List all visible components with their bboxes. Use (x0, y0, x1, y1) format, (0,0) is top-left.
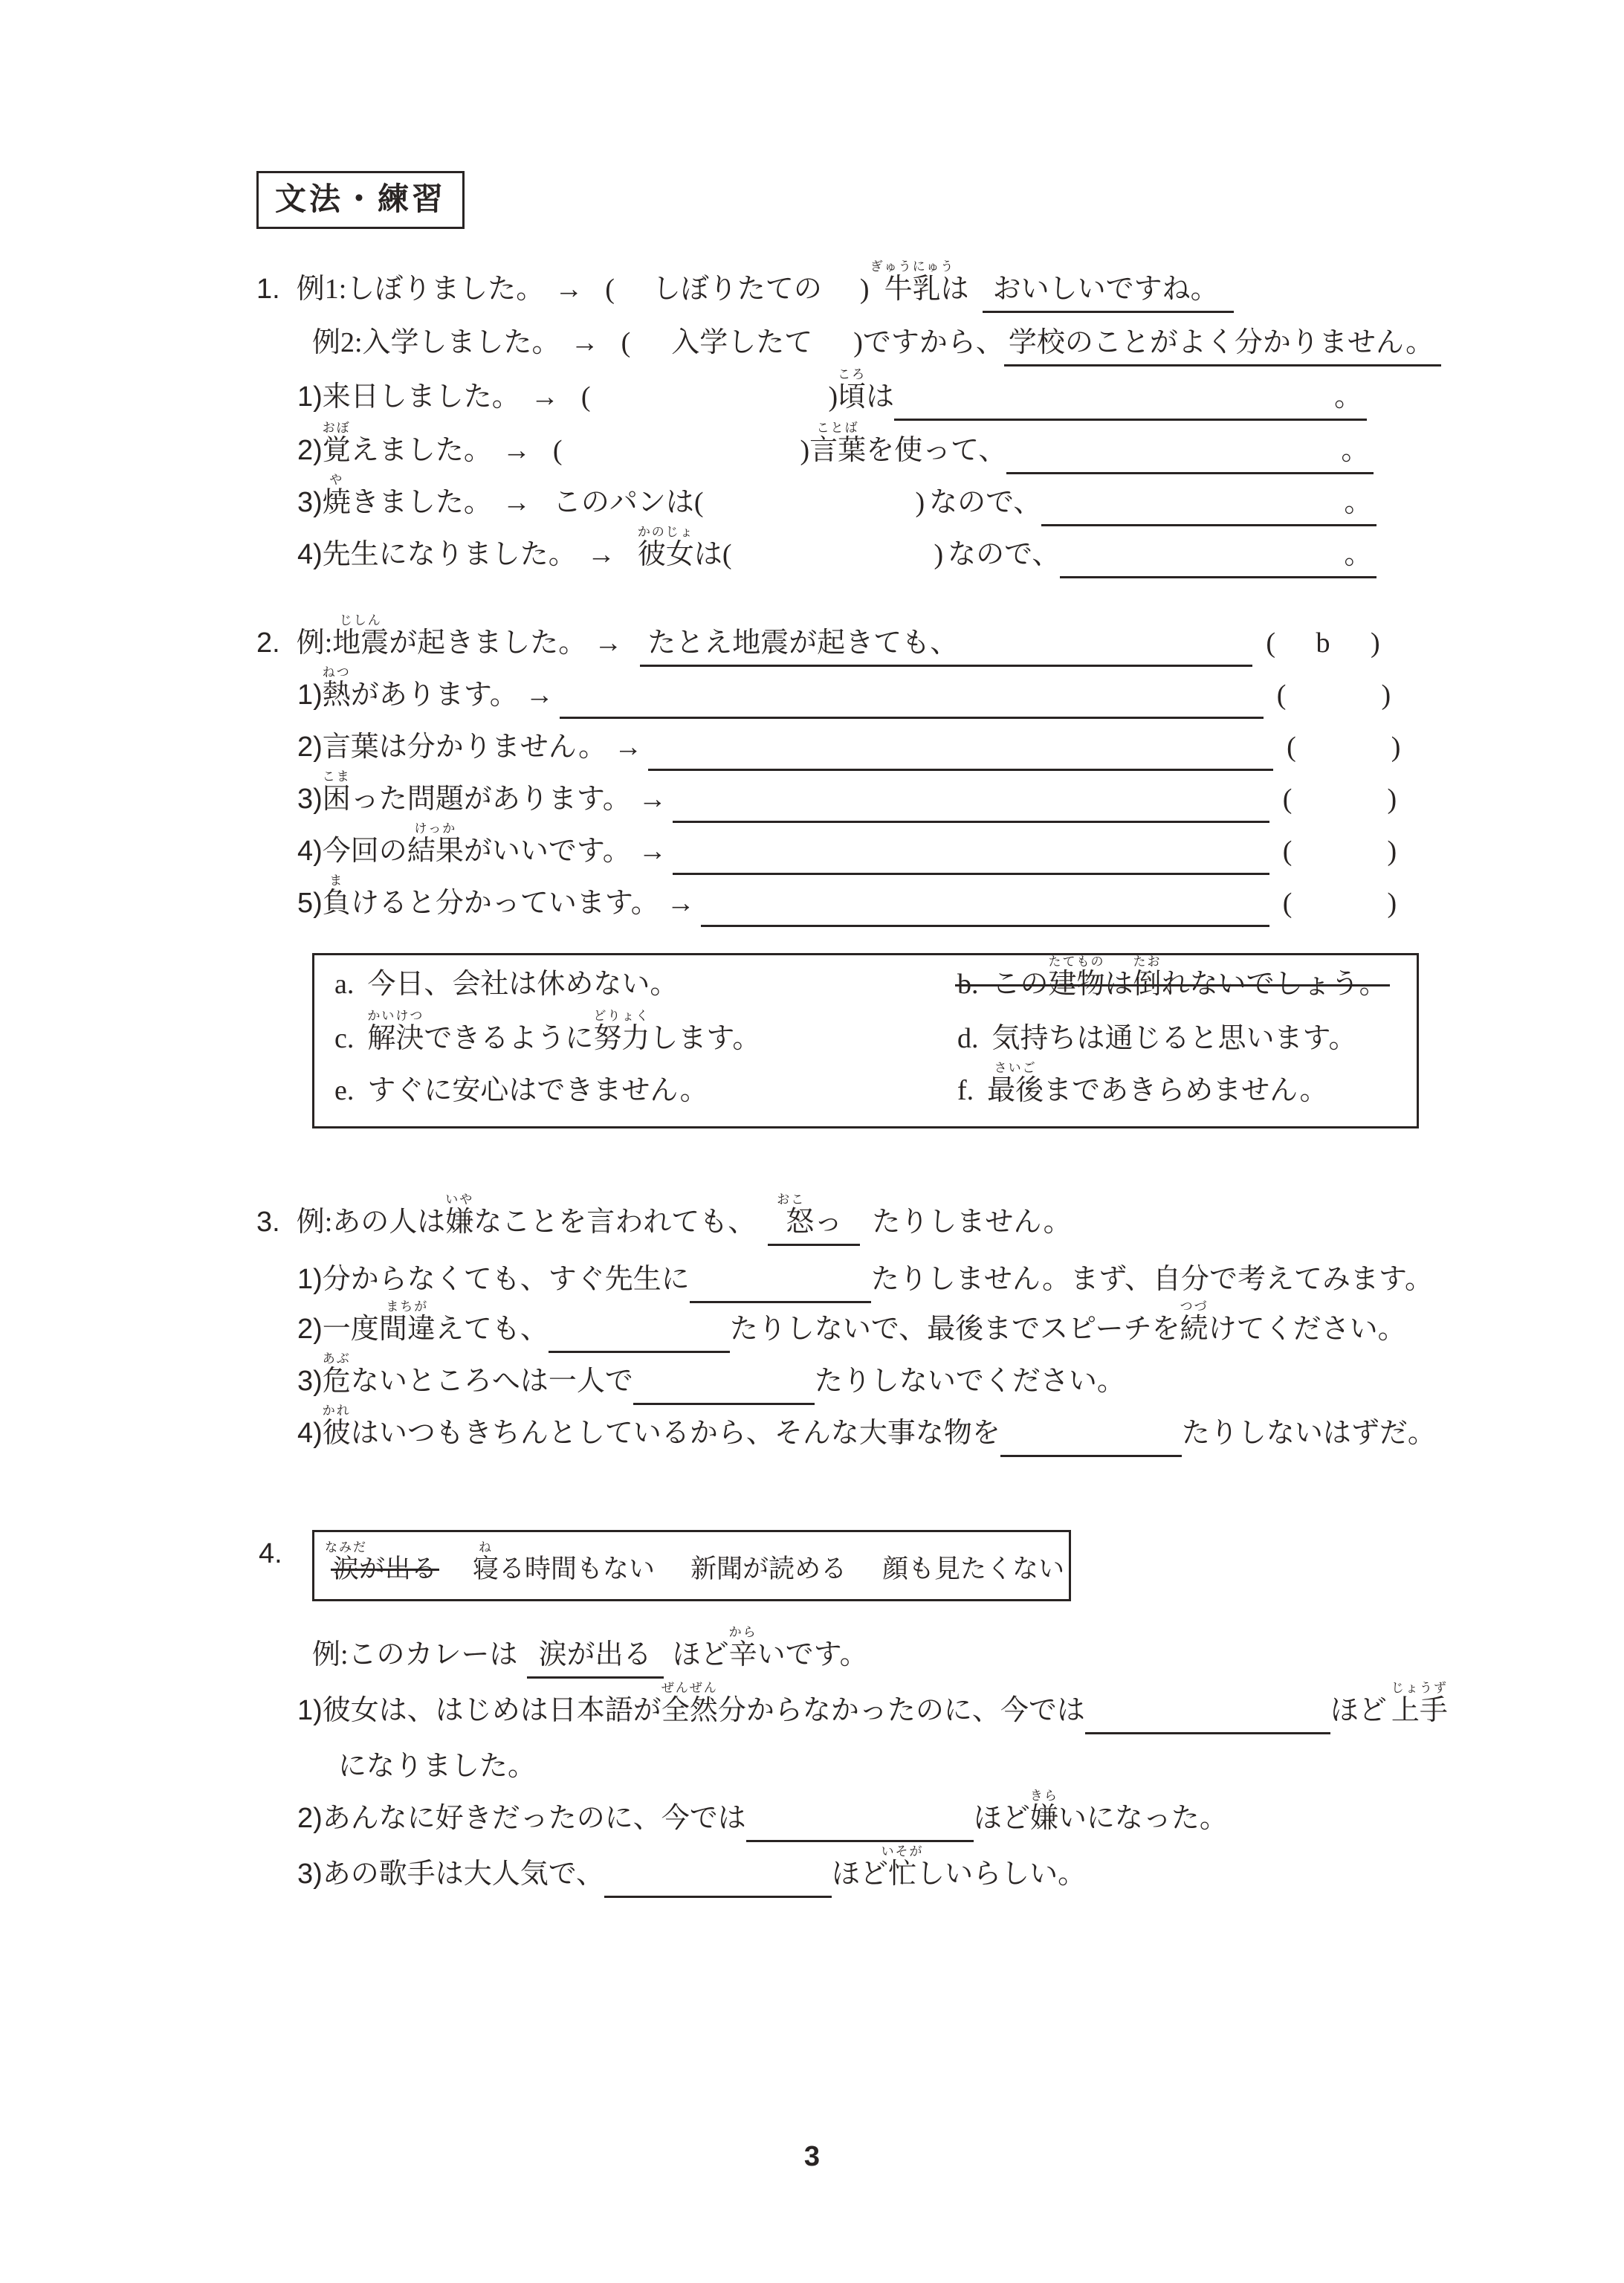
gap: ​ (756, 1204, 768, 1240)
answer-blank: ​ (604, 1856, 832, 1898)
open-paren: ( (722, 537, 732, 572)
gap: ​ (664, 1637, 673, 1673)
furigana: たお (1133, 955, 1162, 968)
close-paren: ) (800, 433, 809, 468)
text-segment: します。 (650, 1021, 760, 1056)
furigana: ね (479, 1541, 493, 1554)
gap: ​ (1264, 677, 1277, 713)
furigana: こま (323, 770, 351, 783)
text-segment: 1) (297, 379, 323, 415)
paren-content: ​ (1292, 885, 1387, 921)
text-segment: ほど (974, 1801, 1030, 1836)
ruby-base: 彼 (323, 1415, 351, 1451)
gap: ​ (974, 1073, 987, 1108)
answer-blank: 。 (1060, 537, 1376, 578)
ruby-text: 地震じしん (332, 625, 389, 661)
text-segment: えました。 (351, 433, 492, 468)
gap: ​ (599, 325, 621, 361)
text-segment: 2) (297, 1801, 323, 1836)
sec4-example: 例:このカレーは​涙が出る​ほど辛からいです。 (312, 1637, 868, 1679)
text-segment: まであきらめません。 (1044, 1073, 1327, 1108)
text-segment: e. (334, 1073, 354, 1108)
paren-field: (​) (1283, 781, 1397, 817)
gap: ​ (655, 1552, 690, 1586)
sec3-item4: 4)彼かれはいつもきちんとしているから、そんな大事な物を​たりしないはずだ。 (297, 1415, 1436, 1457)
paren-field: (​) (1287, 729, 1400, 765)
gap: ​ (554, 677, 560, 713)
gap: ​ (577, 537, 587, 572)
text-segment: 3) (297, 781, 323, 817)
gap: ​ (492, 485, 502, 520)
ruby-base: 怒 (786, 1204, 814, 1240)
paren-content: ​ (732, 537, 934, 572)
ruby-base: 努力 (593, 1021, 650, 1056)
text-segment: 例2:入学しました。 (312, 325, 560, 361)
text-segment: なので、 (929, 485, 1041, 520)
text-segment: いです。 (757, 1637, 868, 1673)
text-segment: できるように (424, 1021, 593, 1056)
furigana: ころ (838, 368, 866, 381)
text-segment: は (941, 271, 969, 307)
paren-field: (b) (1266, 625, 1379, 661)
text-segment: けると分かっています。 (351, 885, 659, 921)
furigana: まちが (386, 1300, 428, 1313)
text-segment: → (667, 885, 695, 921)
furigana: ねつ (323, 666, 351, 679)
ruby-text: 解決かいけつ (367, 1021, 424, 1056)
ruby-base: 言葉 (809, 433, 866, 468)
gap: ​ (667, 833, 673, 869)
ruby-text: 涙なみだ (333, 1552, 359, 1586)
ruby-text: 負ま (323, 885, 351, 921)
text-segment: ないところへは一人で (351, 1363, 633, 1399)
text-segment: が起きました。 (389, 625, 586, 661)
text-segment: 1) (297, 1693, 323, 1728)
worksheet-page: 文法・練習 1.​例1:しぼりました。​→​(しぼりたての)​牛乳ぎゅうにゅうは… (0, 0, 1624, 2283)
text-segment: 4) (297, 1415, 323, 1451)
close-paren: ) (853, 325, 863, 361)
furigana: どりょく (593, 1010, 650, 1022)
sec1-example2: 例2:入学しました。​→​(入学したて)ですから、学校のことがよく分かりません。 (312, 325, 1441, 366)
answer-blank: ​ (965, 625, 1252, 667)
open-paren: ( (1266, 625, 1275, 661)
paren-content: しぼりたての (615, 271, 860, 307)
text-segment: → (614, 729, 642, 765)
sec3-item2: 2)一度間違まちがえても、​たりしないで、最後までスピーチを続つづけてください。 (297, 1311, 1406, 1353)
text-segment: は (694, 537, 722, 572)
furigana: おぼ (323, 422, 351, 434)
gap: ​ (615, 537, 638, 572)
furigana: さいご (994, 1062, 1037, 1074)
ruby-text: 努力どりょく (593, 1021, 650, 1056)
text-segment: 例1:しぼりました。 (297, 271, 545, 307)
ruby-base: 解決 (367, 1021, 424, 1056)
option-b: b.​この建物たてものは倒たおれないでしょう。 (957, 966, 1388, 1002)
paren-content: ​ (590, 379, 828, 415)
ruby-text: 結果けっか (407, 833, 464, 869)
answer-blank: ​ (673, 833, 1269, 875)
answer-blank: ​ (1000, 1415, 1182, 1457)
furigana: かのじょ (638, 526, 694, 538)
text-segment: った問題があります。 (351, 781, 631, 817)
ruby-base: 辛 (729, 1637, 757, 1673)
paren-field: (​) (581, 379, 838, 415)
paren-content: ​ (1292, 781, 1387, 817)
ruby-base: 負 (323, 885, 351, 921)
close-paren: ) (860, 271, 870, 307)
text-segment: 一度 (323, 1311, 379, 1347)
ruby-text: 怒おこ (768, 1204, 814, 1246)
ruby-text: 危あぶ (323, 1363, 351, 1399)
furigana: きら (1030, 1789, 1058, 1802)
ruby-text: 忙いそが (888, 1856, 916, 1892)
text-segment: → (525, 677, 554, 713)
gap: ​ (606, 729, 614, 765)
paren-field: (​) (1277, 677, 1391, 713)
furigana: ぜんぜん (661, 1682, 718, 1694)
text-segment: れないでしょう。 (1162, 966, 1388, 1002)
gap: ​ (631, 833, 638, 869)
answer-blank: ​ (701, 885, 1269, 927)
text-segment: 分からなくても、すぐ先生に (323, 1262, 690, 1297)
close-paren: ) (934, 537, 944, 572)
gap: ​ (1252, 625, 1266, 661)
text-segment: 1) (297, 1262, 323, 1297)
ruby-text: 辛から (729, 1637, 757, 1673)
furigana: ことば (817, 422, 859, 434)
text-segment: d. (957, 1021, 979, 1056)
ruby-text: 間違まちが (379, 1311, 436, 1347)
sec3-example: 3.​例:あの人は嫌いやなことを言われても、​怒おこっ​たりしません。 (256, 1204, 1072, 1246)
sec2-item1: 1)熱ねつがあります。​→​​​(​) (297, 677, 1391, 719)
answer-blank: ​ (746, 1801, 974, 1842)
sec4-number: 4. (259, 1536, 282, 1572)
text-segment: っ (814, 1204, 860, 1246)
text-segment: ですから、 (863, 325, 1004, 361)
text-segment: 2) (297, 433, 323, 468)
gap: ​ (354, 966, 367, 1002)
furigana: いや (445, 1193, 473, 1206)
paren-field: (​) (722, 537, 943, 572)
ruby-text: 全然ぜんぜん (661, 1693, 718, 1728)
gap: ​ (1269, 781, 1283, 817)
ruby-text: 彼かれ (323, 1415, 351, 1451)
text-segment: 5) (297, 885, 323, 921)
gap: ​ (544, 271, 554, 307)
gap: ​ (559, 379, 581, 415)
gap: ​ (560, 325, 571, 361)
sec2-item5: 5)負まけると分かっています。​→​​​(​) (297, 885, 1397, 927)
option-a: a.​今日、会社は休めない。 (334, 966, 678, 1002)
sec3-item1: 1)分からなくても、すぐ先生に​たりしません。まず、自分で考えてみます。 (297, 1262, 1433, 1303)
close-paren: ) (1387, 781, 1397, 817)
ruby-text: 覚おぼ (323, 433, 351, 468)
ruby-base: 熱 (323, 677, 351, 713)
sec2-example: 2.​例:地震じしんが起きました。​→​たとえ地震が起きても、​​(b) (256, 625, 1380, 667)
gap: ​ (979, 1021, 992, 1056)
ruby-text: 倒たお (1133, 966, 1162, 1002)
text-segment: 1) (297, 677, 323, 713)
ruby-base: 間違 (379, 1311, 436, 1347)
gap: ​ (437, 1552, 473, 1586)
paren-content: ​ (1286, 677, 1381, 713)
close-paren: ) (916, 485, 925, 520)
furigana: じょうず (1391, 1682, 1448, 1694)
text-segment: 1. (256, 271, 280, 307)
furigana: から (729, 1626, 757, 1638)
ruby-base: 建物 (1049, 966, 1105, 1002)
page-number: 3 (0, 2141, 1624, 2173)
ruby-base: 嫌 (1030, 1801, 1058, 1836)
gap: ​ (518, 677, 525, 713)
ruby-base: 地震 (332, 625, 389, 661)
option-e: e.​すぐに安心はできません。 (334, 1073, 708, 1108)
gap: ​ (280, 271, 297, 307)
ruby-text: 彼女かのじょ (638, 537, 694, 572)
text-segment: このパンは (553, 485, 694, 520)
gap: ​ (583, 271, 605, 307)
ruby-text: 最後さいご (987, 1073, 1044, 1108)
sec2-item4: 4)今回の結果けっかがいいです。​→​​​(​) (297, 833, 1397, 875)
gap: ​ (860, 1204, 872, 1240)
text-segment: 例:このカレーは (312, 1637, 518, 1673)
text-segment: 4) (297, 833, 323, 869)
text-segment: 気持ちは通じると思います。 (992, 1021, 1357, 1056)
ruby-base: 最後 (987, 1073, 1044, 1108)
sec2-item3: 3)困こまった問題があります。​→​​​(​) (297, 781, 1397, 823)
open-paren: ( (1277, 677, 1287, 713)
sec1-example1: 1.​例1:しぼりました。​→​(しぼりたての)​牛乳ぎゅうにゅうは​おいしいで… (256, 271, 1234, 313)
text-segment: えても、 (436, 1311, 549, 1347)
open-paren: ( (694, 485, 704, 520)
gap: ​ (667, 781, 673, 817)
page-title: 文法・練習 (275, 181, 446, 216)
text-segment: この (992, 966, 1049, 1002)
answer-blank: ​ (690, 1262, 871, 1303)
ruby-text: 寝ね (473, 1552, 499, 1586)
text-segment: 3) (297, 1363, 323, 1399)
open-paren: ( (553, 433, 563, 468)
answer-blank: ​ (633, 1363, 815, 1405)
sec2-item2: 2)言葉は分かりません。​→​​​(​) (297, 729, 1400, 771)
ruby-base: 嫌 (445, 1204, 473, 1240)
option-f: f.​最後さいごまであきらめません。 (957, 1073, 1327, 1108)
text-segment: 3) (297, 1856, 323, 1892)
text-segment: は (1105, 966, 1133, 1002)
furigana: ぎゅうにゅう (870, 260, 955, 273)
text-segment: しいらしい。 (916, 1856, 1086, 1892)
text-segment: ほど (673, 1637, 729, 1673)
gap: ​ (659, 885, 667, 921)
text-segment: → (502, 485, 531, 520)
close-paren: ) (1387, 833, 1397, 869)
ruby-base: 寝 (473, 1552, 499, 1586)
text-segment: 涙が出る (527, 1637, 664, 1679)
gap: ​ (280, 1204, 297, 1240)
text-segment: f. (957, 1073, 974, 1108)
text-segment: すぐに安心はできません。 (367, 1073, 708, 1108)
paren-content: 入学したて (630, 325, 853, 361)
text-segment: 彼女は、はじめは日本語が (323, 1693, 661, 1728)
gap: ​ (531, 485, 553, 520)
text-segment: たりしないでください。 (815, 1363, 1125, 1399)
text-segment: → (502, 433, 531, 468)
text-segment: あんなに好きだったのに、今では (323, 1801, 746, 1836)
ruby-base: 結果 (407, 833, 464, 869)
ruby-text: 上手じょうず (1391, 1693, 1448, 1728)
open-paren: ( (605, 271, 615, 307)
paren-field: (​) (553, 433, 809, 468)
sec1-item4: 4)先生になりました。​→​彼女かのじょは(​)​なので、。 (297, 537, 1376, 578)
ruby-base: 危 (323, 1363, 351, 1399)
text-segment: 今回の (323, 833, 407, 869)
answer-blank: ​ (1085, 1693, 1330, 1734)
ruby-text: 嫌いや (445, 1204, 473, 1240)
sec1-item2: 2)覚おぼえました。​→​(​)言葉ことばを使って、。 (297, 433, 1374, 474)
text-segment: ほど (832, 1856, 888, 1892)
furigana: かいけつ (367, 1010, 424, 1022)
sec4-item1-line2: になりました。 (338, 1748, 536, 1784)
open-paren: ( (581, 379, 591, 415)
text-segment: になりました。 (338, 1748, 536, 1784)
option-d: d.​気持ちは通じると思います。 (957, 1021, 1356, 1056)
text-segment: ほど (1330, 1693, 1387, 1728)
text-segment: 3) (297, 485, 323, 520)
sec4-word-bank: 涙なみだが出る​寝ねる時間もない​新聞が読める​顔も見たくない (333, 1552, 1064, 1586)
answer-blank: 。 (894, 379, 1367, 421)
text-segment: 3. (256, 1204, 280, 1240)
furigana: じしん (340, 614, 382, 627)
gap: ​ (622, 625, 640, 661)
sec4-item3: 3)あの歌手は大人気で、​ほど忙いそがしいらしい。 (297, 1856, 1086, 1898)
text-segment: 学校のことがよく分かりません。 (1004, 325, 1441, 366)
text-segment: る時間もない (499, 1552, 655, 1586)
text-segment: → (587, 537, 615, 572)
ruby-base: 彼女 (638, 537, 694, 572)
text-segment: あの歌手は大人気で、 (323, 1856, 604, 1892)
gap: ​ (492, 433, 502, 468)
sec3-item3: 3)危あぶないところへは一人で​たりしないでください。 (297, 1363, 1125, 1405)
furigana: ま (329, 874, 343, 887)
paren-field: (​) (1283, 833, 1397, 869)
ruby-base: 困 (323, 781, 351, 817)
answer-blank: ​ (549, 1311, 730, 1353)
sec1-item1: 1)来日しました。​→​(​)頃ころは。 (297, 379, 1367, 421)
text-segment: なので、 (948, 537, 1060, 572)
text-segment: たとえ地震が起きても、 (640, 625, 965, 667)
answer-blank: ​ (673, 781, 1269, 823)
sec4-item1-line1: 1)彼女は、はじめは日本語が全然ぜんぜん分からなかったのに、今では​ほど​上手じ… (297, 1693, 1448, 1734)
text-segment: 来日しました。 (323, 379, 520, 415)
paren-content: ​ (1296, 729, 1391, 765)
gap: ​ (695, 885, 701, 921)
gap: ​ (280, 625, 297, 661)
paren-content: ​ (1292, 833, 1387, 869)
gap: ​ (354, 1021, 367, 1056)
open-paren: ( (1283, 781, 1293, 817)
text-segment: たりしません。 (872, 1204, 1071, 1240)
furigana: あぶ (323, 1352, 351, 1365)
furigana: いそが (881, 1845, 924, 1858)
text-segment: 2) (297, 1311, 323, 1347)
text-segment: きました。 (351, 485, 492, 520)
furigana: けっか (414, 822, 456, 835)
sec1-item3: 3)焼やきました。​→​このパンは(​)​なので、。 (297, 485, 1376, 526)
text-segment: たりしません。まず、自分で考えてみます。 (871, 1262, 1433, 1297)
furigana: おこ (777, 1193, 805, 1206)
ruby-text: 建物たてもの (1049, 966, 1105, 1002)
text-segment: いになった。 (1058, 1801, 1228, 1836)
paren-field: (入学したて) (621, 325, 863, 361)
gap: ​ (518, 1637, 527, 1673)
gap: ​ (969, 271, 983, 307)
text-segment: 4. (259, 1536, 282, 1572)
furigana: や (329, 474, 343, 486)
furigana: たてもの (1049, 955, 1105, 968)
open-paren: ( (1283, 885, 1293, 921)
open-paren: ( (1283, 833, 1293, 869)
text-segment: c. (334, 1021, 354, 1056)
gap: ​ (1273, 729, 1287, 765)
gap: ​ (520, 379, 531, 415)
ruby-base: 焼 (323, 485, 351, 520)
text-segment: 言葉は分かりません。 (323, 729, 606, 765)
text-segment: けてください。 (1209, 1311, 1406, 1347)
section-title-box: 文法・練習 (256, 171, 465, 229)
close-paren: ) (1391, 729, 1401, 765)
text-segment: 例: (297, 625, 333, 661)
ruby-base: 倒 (1133, 966, 1162, 1002)
answer-blank: 。 (1041, 485, 1376, 526)
text-segment: 2. (256, 625, 280, 661)
text-segment: → (554, 271, 583, 307)
paren-content: b (1275, 625, 1371, 661)
answer-blank: ​ (648, 729, 1273, 771)
answer-blank: ​ (560, 677, 1264, 719)
text-segment: → (638, 781, 667, 817)
text-segment: を使って、 (866, 433, 1006, 468)
gap: ​ (1269, 885, 1283, 921)
close-paren: ) (1381, 677, 1391, 713)
ruby-text: 続つづ (1180, 1311, 1209, 1347)
gap: ​ (1269, 833, 1283, 869)
ruby-base: 続 (1180, 1311, 1209, 1347)
close-paren: ) (1387, 885, 1397, 921)
text-segment: → (571, 325, 599, 361)
ruby-text: 牛乳ぎゅうにゅう (884, 271, 941, 307)
text-segment: 今日、会社は休めない。 (367, 966, 678, 1002)
paren-field: (​) (1283, 885, 1397, 921)
ruby-text: 頃ころ (838, 379, 866, 415)
gap: ​ (586, 625, 594, 661)
ruby-text: 熱ねつ (323, 677, 351, 713)
text-segment: 4) (297, 537, 323, 572)
open-paren: ( (1287, 729, 1296, 765)
text-segment: 2) (297, 729, 323, 765)
text-segment: a. (334, 966, 354, 1002)
text-segment: → (638, 833, 667, 869)
ruby-base: 忙 (888, 1856, 916, 1892)
close-paren: ) (1371, 625, 1380, 661)
furigana: かれ (323, 1404, 351, 1417)
ruby-base: 覚 (323, 433, 351, 468)
close-paren: ) (828, 379, 838, 415)
ruby-base: 上手 (1391, 1693, 1448, 1728)
text-segment: は (866, 379, 894, 415)
text-segment: 顔も見たくない (882, 1552, 1064, 1586)
gap: ​ (531, 433, 553, 468)
text-segment: がいいです。 (464, 833, 631, 869)
